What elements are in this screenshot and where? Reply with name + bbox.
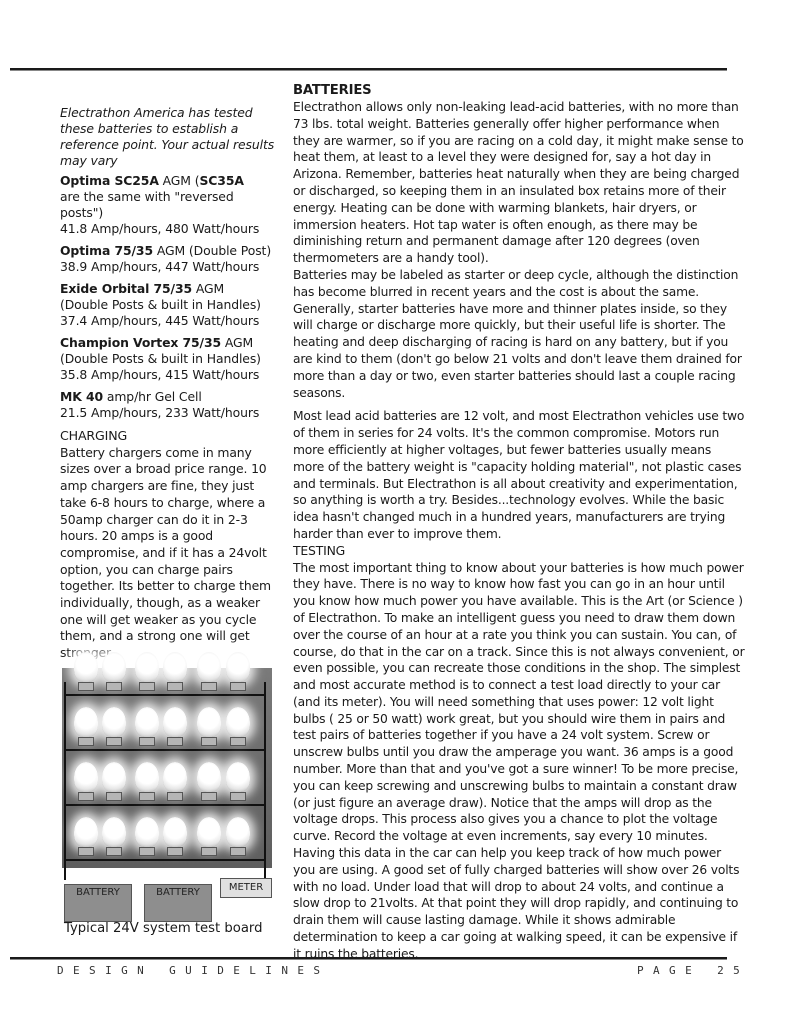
- light-bulb-icon: [197, 817, 221, 847]
- section-title-testing: TESTING: [293, 543, 745, 560]
- light-bulb-icon: [197, 762, 221, 792]
- light-bulb-icon: [135, 762, 159, 792]
- bulb-socket: [230, 792, 246, 801]
- light-bulb-icon: [74, 707, 98, 737]
- bulb-socket: [139, 737, 155, 746]
- wire: [64, 682, 66, 880]
- battery-label: BATTERY: [76, 887, 120, 898]
- battery-name-alt: SC35A: [199, 173, 243, 188]
- wire: [64, 804, 264, 806]
- light-bulb-icon: [102, 817, 126, 847]
- bulb-socket: [106, 792, 122, 801]
- footer-section-title: DESIGN GUIDELINES: [57, 964, 329, 977]
- battery-specs: 38.9 Amp/hours, 447 Watt/hours: [60, 259, 280, 275]
- battery-note: (Double Posts & built in Handles): [60, 297, 280, 313]
- light-bulb-icon: [163, 762, 187, 792]
- light-bulb-icon: [226, 652, 250, 682]
- battery-type: amp/hr Gel Cell: [103, 389, 202, 404]
- battery-type: AGM: [192, 281, 224, 296]
- light-bulb-icon: [102, 707, 126, 737]
- wire: [64, 749, 264, 751]
- battery-label: BATTERY: [156, 887, 200, 898]
- bulb-socket: [167, 792, 183, 801]
- bulb-socket: [106, 737, 122, 746]
- bulb-socket: [230, 847, 246, 856]
- battery-entry: MK 40 amp/hr Gel Cell 21.5 Amp/hours, 23…: [60, 389, 280, 421]
- bulb-socket: [230, 682, 246, 691]
- page-number: PAGE 25: [637, 964, 749, 977]
- paragraph: Batteries may be labeled as starter or d…: [293, 267, 745, 401]
- sidebar-intro: Electrathon America has tested these bat…: [60, 105, 280, 169]
- bulb-socket: [230, 737, 246, 746]
- battery-name: Optima 75/35: [60, 243, 153, 258]
- bulb-socket: [201, 847, 217, 856]
- battery-specs: 35.8 Amp/hours, 415 Watt/hours: [60, 367, 280, 383]
- battery-name: MK 40: [60, 389, 103, 404]
- light-bulb-icon: [163, 652, 187, 682]
- bulb-socket: [167, 847, 183, 856]
- battery-block-1: BATTERY: [64, 884, 132, 922]
- battery-type: AGM: [221, 335, 253, 350]
- meter-block: METER: [220, 878, 272, 898]
- paragraph: Electrathon allows only non-leaking lead…: [293, 99, 745, 267]
- light-bulb-icon: [135, 707, 159, 737]
- bulb-socket: [78, 792, 94, 801]
- light-bulb-icon: [74, 652, 98, 682]
- bulb-socket: [201, 737, 217, 746]
- battery-specs: 37.4 Amp/hours, 445 Watt/hours: [60, 313, 280, 329]
- figure-caption: Typical 24V system test board: [64, 921, 263, 936]
- bulb-socket: [201, 792, 217, 801]
- charging-section: CHARGING Battery chargers come in many s…: [60, 428, 282, 662]
- battery-name: Exide Orbital 75/35: [60, 281, 192, 296]
- bulb-socket: [78, 847, 94, 856]
- light-bulb-icon: [102, 762, 126, 792]
- bulb-socket: [139, 682, 155, 691]
- bulb-socket: [167, 737, 183, 746]
- bulb-socket: [78, 737, 94, 746]
- battery-specs: 21.5 Amp/hours, 233 Watt/hours: [60, 405, 280, 421]
- light-bulb-icon: [197, 707, 221, 737]
- light-bulb-icon: [226, 707, 250, 737]
- battery-entry: Optima 75/35 AGM (Double Post) 38.9 Amp/…: [60, 243, 280, 275]
- light-bulb-icon: [135, 817, 159, 847]
- light-bulb-icon: [102, 652, 126, 682]
- light-bulb-icon: [163, 817, 187, 847]
- main-article: BATTERIES Electrathon allows only non-le…: [293, 82, 745, 963]
- charging-body: Battery chargers come in many sizes over…: [60, 445, 282, 662]
- paragraph: The most important thing to know about y…: [293, 560, 745, 963]
- header-rule: [10, 68, 727, 71]
- bulb-socket: [78, 682, 94, 691]
- battery-entry: Exide Orbital 75/35 AGM (Double Posts & …: [60, 281, 280, 329]
- light-bulb-icon: [163, 707, 187, 737]
- charging-heading: CHARGING: [60, 428, 282, 445]
- section-title-batteries: BATTERIES: [293, 82, 745, 99]
- footer-rule: [10, 957, 727, 960]
- battery-note: are the same with "reversed posts"): [60, 189, 280, 221]
- battery-entry: Champion Vortex 75/35 AGM (Double Posts …: [60, 335, 280, 383]
- light-bulb-icon: [135, 652, 159, 682]
- bulb-socket: [167, 682, 183, 691]
- wire: [64, 859, 264, 861]
- light-bulb-icon: [226, 817, 250, 847]
- bulb-socket: [106, 682, 122, 691]
- wire: [64, 694, 264, 696]
- meter-label: METER: [229, 882, 263, 893]
- light-bulb-icon: [74, 762, 98, 792]
- paragraph: Most lead acid batteries are 12 volt, an…: [293, 408, 745, 542]
- battery-type: AGM (Double Post): [153, 243, 271, 258]
- test-board-figure: BATTERY BATTERY METER: [60, 652, 280, 892]
- battery-note: (Double Posts & built in Handles): [60, 351, 280, 367]
- battery-reference-sidebar: Electrathon America has tested these bat…: [60, 105, 280, 427]
- bulb-socket: [139, 847, 155, 856]
- battery-type: AGM (: [159, 173, 200, 188]
- light-bulb-icon: [226, 762, 250, 792]
- battery-block-2: BATTERY: [144, 884, 212, 922]
- battery-specs: 41.8 Amp/hours, 480 Watt/hours: [60, 221, 280, 237]
- wire: [264, 682, 266, 880]
- bulb-socket: [139, 792, 155, 801]
- light-bulb-icon: [197, 652, 221, 682]
- light-bulb-icon: [74, 817, 98, 847]
- battery-entry: Optima SC25A AGM (SC35A are the same wit…: [60, 173, 280, 237]
- battery-name: Optima SC25A: [60, 173, 159, 188]
- bulb-socket: [201, 682, 217, 691]
- battery-name: Champion Vortex 75/35: [60, 335, 221, 350]
- bulb-socket: [106, 847, 122, 856]
